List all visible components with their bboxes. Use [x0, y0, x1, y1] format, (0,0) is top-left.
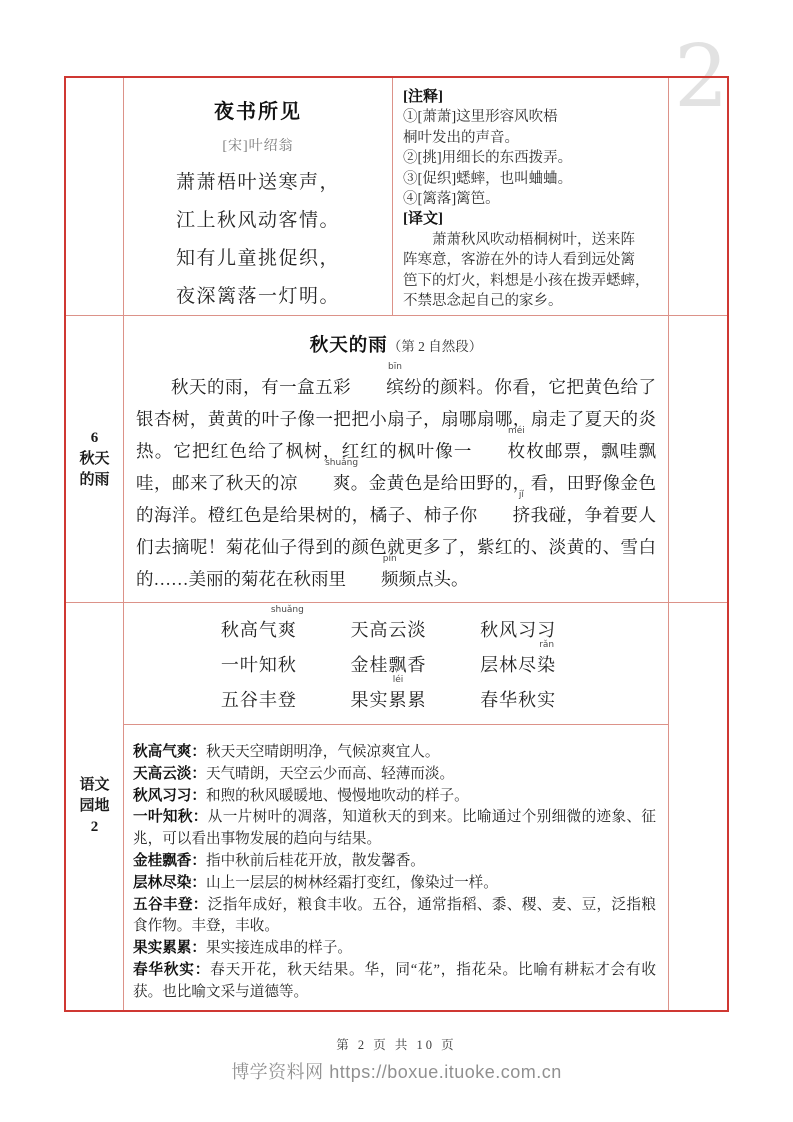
poem-author: [宋]叶绍翁 [124, 135, 392, 155]
annotation-line: 阵寒意，客游在外的诗人看到远处篱 [403, 250, 662, 270]
annotation-line: 笆下的灯火，料想是小孩在拨弄蟋蟀， [403, 271, 662, 291]
definition-item: 秋高气爽：秋天天空晴朗明净，气候凉爽宜人。 [133, 742, 656, 764]
poem-body: 萧萧梧叶送寒声，江上秋风动客情。知有儿童挑促织，夜深篱落一灯明。 [124, 164, 392, 316]
annotation-line: 不禁思念起自己的家乡。 [403, 291, 662, 311]
poem-title: 夜书所见 [124, 95, 392, 124]
pinyin-annotated-char: léi累 [388, 683, 407, 718]
pinyin-label: shuǎng [271, 606, 304, 615]
definition-item: 秋风习习：和煦的秋风暖暖地、慢慢地吹动的样子。 [133, 786, 656, 808]
pinyin-label: jǐ [484, 491, 524, 500]
annotation-line: ①[萧萧]这里形容风吹梧 [403, 107, 662, 127]
lesson-label-autumn-rain: 6秋天的雨 [66, 316, 124, 603]
annotation-line: 萧萧秋风吹动梧桐树叶，送来阵 [403, 230, 662, 250]
margin-column-row2 [669, 316, 727, 603]
idiom-item: 春华秋实 [453, 683, 583, 718]
definition-item: 五谷丰登：泛指年成好，粮食丰收。五谷，通常指稻、黍、稷、麦、豆，泛指粮食作物。丰… [133, 895, 656, 939]
idiom-item: 层林尽rǎn染 [453, 648, 583, 683]
pinyin-annotated-char: shuǎng爽 [298, 467, 351, 499]
autumn-rain-title-suffix: （第 2 自然段） [388, 339, 483, 354]
lesson-label-line: 的雨 [79, 470, 109, 491]
site-footer-text: 博学资料网 https://boxue.ituoke.com.cn [0, 1058, 793, 1084]
definition-item: 春华秋实：春天开花，秋天结果。华，同“花”，指花朵。比喻有耕耘才会有收获。也比喻… [133, 960, 656, 1004]
idiom-item: 一叶知秋 [194, 648, 324, 683]
definition-term: 秋高气爽： [133, 744, 206, 760]
autumn-rain-cell: 秋天的雨（第 2 自然段） 秋天的雨，有一盒五彩bīn缤纷的颜料。你看，它把黄色… [124, 316, 669, 603]
lesson-label-empty [66, 78, 124, 316]
annotation-line: ③[促织]蟋蟀，也叫蛐蛐。 [403, 169, 662, 189]
definition-term: 五谷丰登： [133, 897, 208, 913]
definition-term: 果实累累： [133, 940, 206, 956]
pinyin-annotated-char: méi枚 [473, 435, 526, 467]
study-notes-table: 夜书所见 [宋]叶绍翁 萧萧梧叶送寒声，江上秋风动客情。知有儿童挑促织，夜深篱落… [64, 76, 729, 1012]
idioms-cell: 秋高气shuǎng爽天高云淡秋风习习一叶知秋金桂飘香层林尽rǎn染五谷丰登果实l… [124, 603, 669, 725]
annotation-line: 桐叶发出的声音。 [403, 128, 662, 148]
lesson-label-line: 6 [91, 428, 99, 449]
autumn-rain-title: 秋天的雨（第 2 自然段） [136, 331, 656, 357]
poem-line: 夜深篱落一灯明。 [124, 278, 392, 316]
poem-cell: 夜书所见 [宋]叶绍翁 萧萧梧叶送寒声，江上秋风动客情。知有儿童挑促织，夜深篱落… [124, 78, 393, 316]
lesson-label-line: 2 [91, 817, 99, 838]
pinyin-annotated-char: rǎn染 [537, 648, 556, 683]
margin-column-row1 [669, 78, 727, 316]
page-number-indicator: 第 2 页 共 10 页 [0, 1035, 793, 1053]
definitions-cell: 秋高气爽：秋天天空晴朗明净，气候凉爽宜人。天高云淡：天气晴朗，天空云少而高、轻薄… [124, 725, 669, 1010]
idiom-item: 秋高气shuǎng爽 [194, 613, 324, 648]
idiom-item: 金桂飘香 [324, 648, 454, 683]
poem-line: 萧萧梧叶送寒声， [124, 164, 392, 202]
pinyin-label: shuǎng [290, 459, 358, 468]
definition-item: 天高云淡：天气晴朗，天空云少而高、轻薄而淡。 [133, 764, 656, 786]
definition-term: 天高云淡： [133, 766, 206, 782]
definition-term: 春华秋实： [133, 962, 210, 978]
idiom-item: 秋风习习 [453, 613, 583, 648]
annotations-cell: [注释]①[萧萧]这里形容风吹梧桐叶发出的声音。②[挑]用细长的东西拨弄。③[促… [393, 78, 669, 316]
definition-item: 层林尽染：山上一层层的树林经霜打变红，像染过一样。 [133, 873, 656, 895]
pinyin-label: pín [348, 555, 397, 564]
annotation-line: ②[挑]用细长的东西拨弄。 [403, 148, 662, 168]
lesson-label-garden: 语文园地2 [66, 603, 124, 1010]
annotation-line: [注释] [403, 87, 662, 107]
idiom-item: 五谷丰登 [194, 683, 324, 718]
idiom-item: 果实léi累累 [324, 683, 454, 718]
idiom-item: 天高云淡 [324, 613, 454, 648]
definition-item: 一叶知秋：从一片树叶的凋落，知道秋天的到来。比喻通过个别细微的迹象、征兆，可以看… [133, 807, 656, 851]
definition-item: 果实累累：果实接连成串的样子。 [133, 938, 656, 960]
poem-line: 知有儿童挑促织， [124, 240, 392, 278]
autumn-rain-paragraph: 秋天的雨，有一盒五彩bīn缤纷的颜料。你看，它把黄色给了银杏树，黄黄的叶子像一把… [136, 371, 656, 595]
autumn-rain-title-main: 秋天的雨 [310, 336, 388, 356]
definition-item: 金桂飘香：指中秋前后桂花开放，散发馨香。 [133, 851, 656, 873]
pinyin-annotated-char: shuǎng爽 [278, 613, 297, 648]
pinyin-annotated-char: pín频 [346, 563, 399, 595]
pinyin-label: méi [473, 427, 525, 436]
pinyin-annotated-char: bīn缤 [351, 371, 404, 403]
definition-term: 一叶知秋： [133, 809, 208, 825]
pinyin-annotated-char: jǐ挤 [478, 499, 531, 531]
definition-term: 层林尽染： [133, 875, 206, 891]
pinyin-label: rǎn [539, 641, 554, 650]
idiom-grid: 秋高气shuǎng爽天高云淡秋风习习一叶知秋金桂飘香层林尽rǎn染五谷丰登果实l… [194, 613, 583, 718]
lesson-label-line: 语文 [79, 775, 109, 796]
definition-term: 金桂飘香： [133, 853, 206, 869]
poem-line: 江上秋风动客情。 [124, 202, 392, 240]
annotation-line: ④[篱落]篱笆。 [403, 189, 662, 209]
annotation-line: [译文] [403, 209, 662, 229]
pinyin-label: léi [393, 676, 404, 685]
margin-column-row3 [669, 603, 727, 1010]
lesson-label-line: 秋天 [79, 449, 109, 470]
pinyin-label: bīn [353, 363, 402, 372]
lesson-label-line: 园地 [79, 796, 109, 817]
definition-term: 秋风习习： [133, 788, 206, 804]
